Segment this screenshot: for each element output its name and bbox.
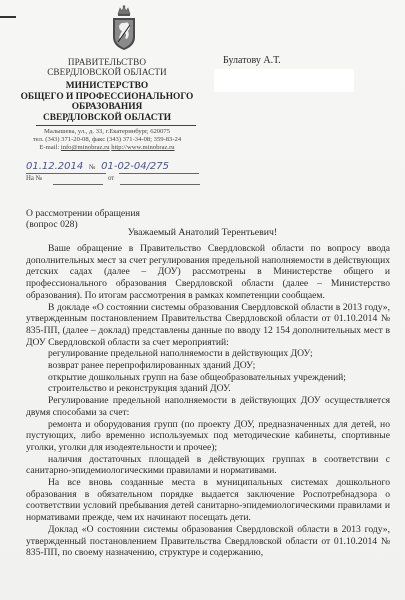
list-item: регулирование предельной наполняемости в…: [26, 348, 390, 360]
paragraph: Ваше обращение в Правительство Свердловс…: [26, 243, 390, 302]
ref-from-label: от: [108, 175, 114, 182]
ref-number-label: На №: [26, 175, 42, 182]
ministry-line-4: СВЕРДЛОВСКОЙ ОБЛАСТИ: [14, 113, 200, 124]
contact-block: Малышева, ул., д. 33, г.Екатеринбург, 62…: [14, 128, 200, 152]
handwritten-number: 01-02-04/275: [101, 161, 169, 172]
addressee-name: Булатову А.Т.: [223, 55, 281, 66]
list-item: наличия достаточных площадей в действующ…: [26, 454, 390, 477]
ministry-line-1: МИНИСТЕРСТВО: [14, 81, 200, 92]
list-item: открытие дошкольных групп на базе общеоб…: [26, 372, 390, 384]
paragraph: В докладе «О состоянии системы образован…: [26, 302, 390, 349]
list-item: строительство и реконструкция зданий ДОУ…: [26, 383, 390, 395]
number-label: №: [89, 164, 96, 171]
ref-from: от: [108, 175, 114, 182]
phones: тел. (343) 371-20-08, факс (343) 371-34-…: [14, 136, 200, 144]
outgoing-registration: 01.12.2014 № 01-02-04/275: [26, 161, 169, 172]
email-web-line: E-mail: info@minobraz.ru http://www.mino…: [14, 144, 200, 152]
ministry-title: МИНИСТЕРСТВО ОБЩЕГО И ПРОФЕССИОНАЛЬНОГО …: [14, 81, 200, 123]
government-line-1: ПРАВИТЕЛЬСТВО: [14, 57, 200, 67]
subject-line-1: О рассмотрении обращения: [26, 208, 140, 219]
paragraph: Регулирование предельной наполняемости в…: [26, 395, 390, 418]
number-underline: [119, 173, 199, 174]
address: Малышева, ул., д. 33, г.Екатеринбург, 62…: [14, 128, 200, 136]
email-link[interactable]: info@minobraz.ru: [61, 144, 110, 151]
salutation: Уважаемый Анатолий Терентьевич!: [0, 227, 405, 238]
government-title: ПРАВИТЕЛЬСТВО СВЕРДЛОВСКОЙ ОБЛАСТИ: [14, 57, 200, 77]
email-label: E-mail:: [39, 144, 60, 151]
ref-number-field: [53, 184, 103, 185]
reference-registration: На №: [26, 175, 42, 182]
government-line-2: СВЕРДЛОВСКОЙ ОБЛАСТИ: [14, 67, 200, 77]
paragraph: Доклад «О состоянии системы образования …: [26, 524, 390, 559]
scanned-letter-page: ПРАВИТЕЛЬСТВО СВЕРДЛОВСКОЙ ОБЛАСТИ МИНИС…: [0, 0, 405, 600]
ref-date-field: [120, 184, 200, 185]
paragraph: На все вновь созданные места в муниципал…: [26, 477, 390, 524]
letterhead-divider: [36, 125, 196, 126]
list-item: ремонта и оборудования групп (по проекту…: [26, 419, 390, 454]
sverdlovsk-coat-of-arms-icon: [109, 4, 139, 52]
website-link[interactable]: http://www.minobraz.ru: [111, 144, 174, 151]
handwritten-date: 01.12.2014: [26, 161, 83, 172]
date-underline: [26, 173, 106, 174]
letter-body: Ваше обращение в Правительство Свердловс…: [26, 243, 390, 559]
ministry-line-3: ОБРАЗОВАНИЯ: [14, 102, 200, 113]
redacted-area: [214, 69, 354, 92]
ministry-line-2: ОБЩЕГО И ПРОФЕССИОНАЛЬНОГО: [14, 92, 200, 103]
scan-artifact-mark: [0, 16, 16, 18]
list-item: возврат ранее перепрофилированных зданий…: [26, 360, 390, 372]
